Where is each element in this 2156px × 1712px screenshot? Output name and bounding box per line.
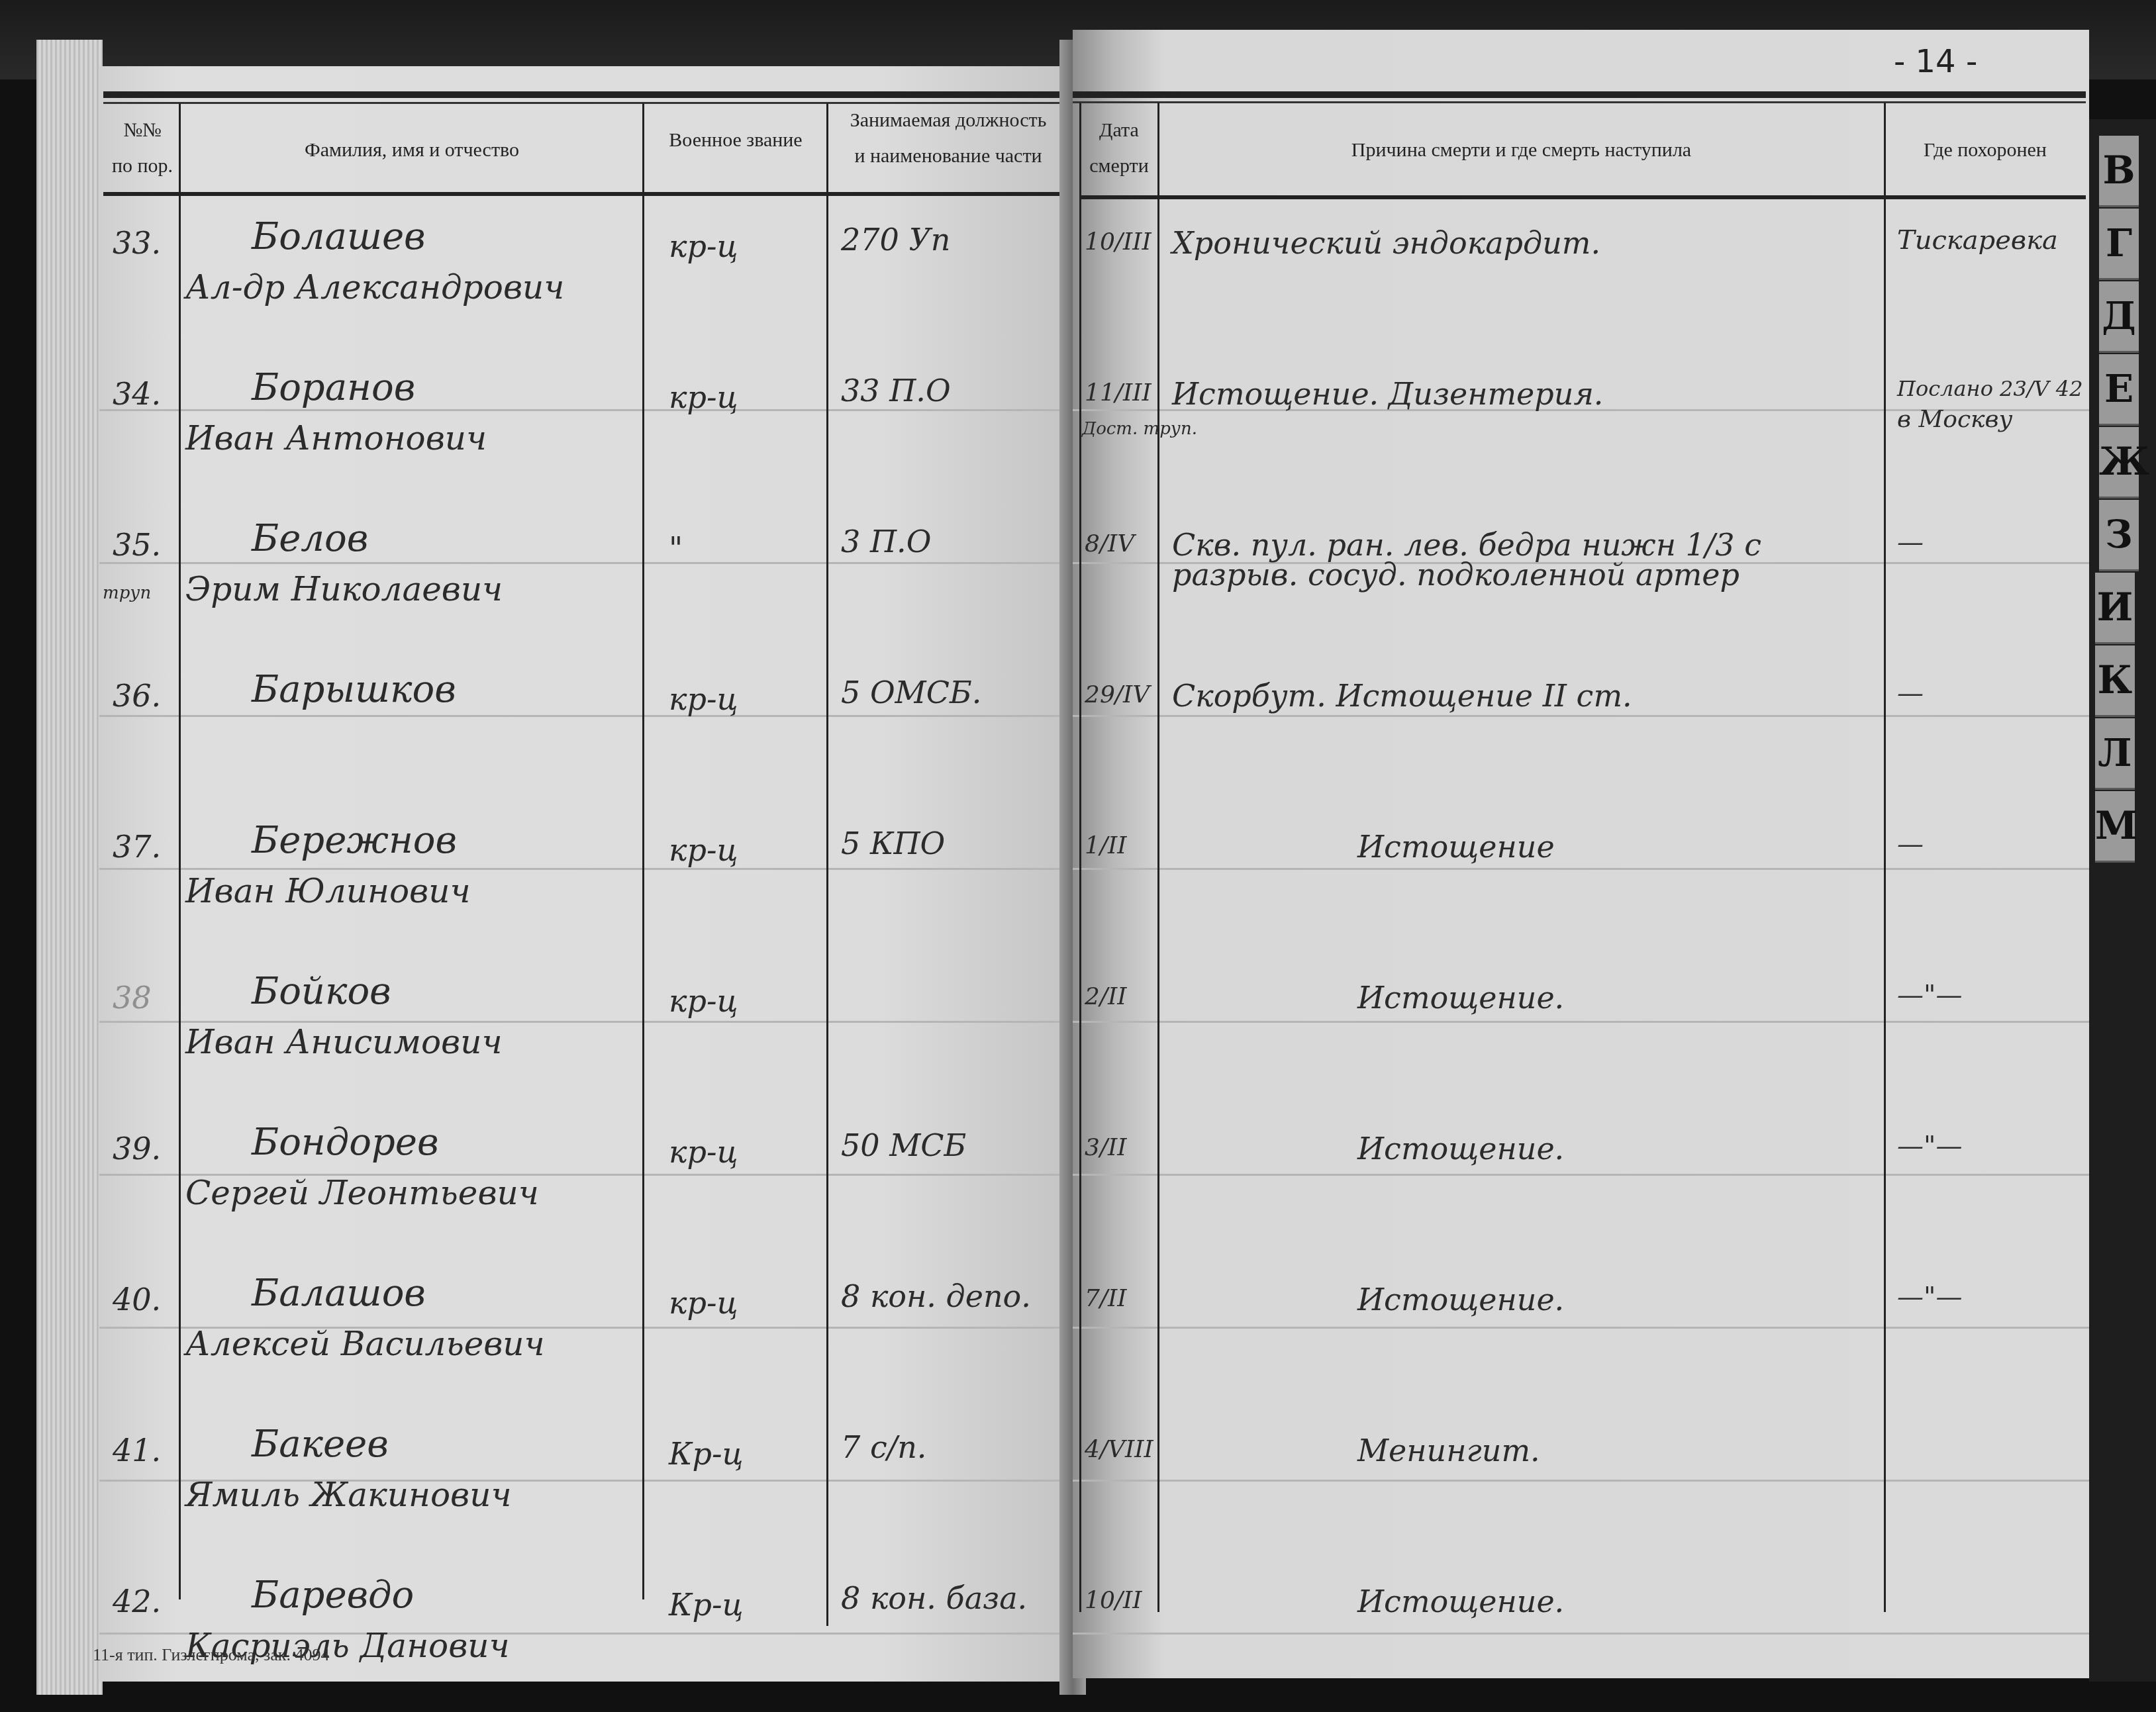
row-number: 37.	[113, 829, 161, 865]
given-name-patronymic: Ал-др Александрович	[185, 268, 564, 307]
military-rank: Кр-ц	[669, 1436, 744, 1472]
right-page: - 14 - Дата смерти Причина смерти и где …	[1073, 30, 2089, 1678]
given-name-patronymic: Иван Антонович	[185, 419, 487, 457]
row-number: 38	[113, 980, 152, 1016]
military-rank: кр-ц	[669, 681, 738, 717]
cause-of-death: Менингит.	[1357, 1433, 1540, 1468]
date-of-death: 10/II	[1085, 1587, 1142, 1614]
header-top-thin-rule	[1073, 101, 2086, 103]
given-name-patronymic: Эрим Николаевич	[185, 570, 503, 608]
burial-place-line2: в Москву	[1897, 406, 2012, 433]
burial-place: Тискаревка	[1897, 225, 2058, 256]
military-rank: кр-ц	[669, 983, 738, 1019]
burial-place: Послано 23/V 42	[1897, 376, 2083, 401]
unit-position: 270 Уп	[841, 222, 950, 258]
index-tab[interactable]: Д	[2099, 281, 2139, 353]
col-divider-3	[826, 103, 828, 1626]
surname: Боранов	[252, 366, 415, 409]
burial-place: —	[1897, 829, 1924, 859]
header-date-line2: смерти	[1081, 148, 1157, 184]
given-name-patronymic: Алексей Васильевич	[185, 1325, 545, 1363]
unit-position: 5 ОМСБ.	[841, 675, 981, 710]
index-tab[interactable]: В	[2099, 136, 2139, 207]
header-number-line1: №№	[106, 113, 179, 148]
right-page-edges	[2089, 119, 2156, 1682]
col-divider-buried	[1884, 103, 1886, 1612]
header-position: Занимаемая должность и наименование част…	[829, 103, 1067, 174]
header-date-line1: Дата	[1081, 113, 1157, 148]
col-divider-2	[642, 103, 644, 1599]
header-top-rule	[103, 91, 1070, 98]
date-of-death: 1/II	[1085, 832, 1126, 859]
unit-position: 50 МСБ	[841, 1127, 966, 1163]
military-rank: кр-ц	[669, 1134, 738, 1170]
surname: Бондорев	[252, 1121, 439, 1164]
row-number: 34.	[113, 376, 161, 412]
cause-of-death-line2: разрыв. сосуд. подколенной артер	[1172, 557, 1739, 593]
cause-of-death: Истощение.	[1357, 980, 1564, 1016]
date-of-death: 29/IV	[1085, 681, 1150, 708]
burial-place: —"—	[1897, 1282, 1962, 1312]
military-rank: кр-ц	[669, 228, 738, 264]
cause-of-death: Скорбут. Истощение II ст.	[1172, 678, 1632, 714]
given-name-patronymic: Сергей Леонтьевич	[185, 1174, 539, 1212]
unit-position: 8 кон. депо.	[841, 1278, 1031, 1314]
col-divider-1	[179, 103, 181, 1599]
row-number-note: труп	[103, 583, 151, 603]
row-number: 40.	[113, 1282, 161, 1317]
row-number: 41.	[113, 1433, 161, 1468]
surname: Бойков	[252, 970, 391, 1013]
unit-position: 8 кон. база.	[841, 1580, 1027, 1616]
unit-position: 7 с/п.	[841, 1429, 926, 1465]
burial-place: —"—	[1897, 1131, 1962, 1161]
row-number: 33.	[113, 225, 161, 261]
header-bottom-rule	[103, 192, 1070, 196]
given-name-patronymic: Ямиль Жакинович	[185, 1476, 511, 1514]
surname: Бережнов	[252, 819, 457, 862]
header-rank: Военное звание	[645, 122, 826, 158]
cause-of-death: Истощение. Дизентерия.	[1172, 376, 1603, 412]
index-tab[interactable]: З	[2099, 500, 2139, 571]
index-tab[interactable]: Л	[2095, 718, 2135, 790]
burial-place: —	[1897, 678, 1924, 708]
burial-place: —	[1897, 527, 1924, 557]
header-top-rule	[1073, 91, 2086, 98]
header-full-name: Фамилия, имя и отчество	[181, 132, 642, 168]
header-number-line2: по пор.	[106, 148, 179, 184]
page-number: - 14 -	[1894, 43, 1977, 80]
header-position-line2: и наименование части	[829, 138, 1067, 174]
ruled-lines	[1073, 258, 2089, 1678]
unit-position: 3 П.О	[841, 524, 931, 559]
burial-place: —"—	[1897, 980, 1962, 1010]
printer-imprint: 11-я тип. Гизлегпрома, зак. 4094	[93, 1645, 329, 1665]
ruled-lines	[99, 258, 1073, 1682]
date-of-death: 2/II	[1085, 983, 1126, 1010]
military-rank: кр-ц	[669, 1285, 738, 1321]
surname: Бакеев	[252, 1423, 389, 1466]
military-rank: "	[669, 530, 683, 566]
given-name-patronymic: Иван Юлинович	[185, 872, 471, 910]
header-position-line1: Занимаемая должность	[829, 103, 1067, 138]
surname: Болашев	[252, 215, 426, 258]
left-page: №№ по пор. Фамилия, имя и отчество Военн…	[99, 66, 1073, 1682]
cause-of-death: Истощение	[1357, 829, 1555, 865]
military-rank: Кр-ц	[669, 1587, 744, 1623]
surname: Балашов	[252, 1272, 426, 1315]
cause-of-death: Истощение.	[1357, 1131, 1564, 1166]
cause-of-death: Истощение.	[1357, 1282, 1564, 1317]
unit-position: 33 П.О	[841, 373, 951, 408]
col-divider-date-right	[1157, 103, 1159, 1612]
surname: Барышков	[252, 668, 456, 711]
military-rank: кр-ц	[669, 379, 738, 415]
surname: Баревдо	[252, 1574, 414, 1617]
index-tab[interactable]: Г	[2099, 209, 2139, 280]
unit-position: 5 КПО	[841, 826, 945, 861]
date-of-death: 4/VIII	[1085, 1436, 1153, 1463]
cause-of-death: Хронический эндокардит.	[1172, 225, 1600, 261]
header-cause: Причина смерти и где смерть наступила	[1159, 132, 1884, 168]
index-tab[interactable]: И	[2095, 573, 2135, 644]
index-tab[interactable]: К	[2095, 645, 2135, 717]
date-of-death: 7/II	[1085, 1285, 1126, 1312]
row-number: 36.	[113, 678, 161, 714]
row-number: 39.	[113, 1131, 161, 1166]
index-tab[interactable]: Ж	[2099, 427, 2139, 499]
date-of-death: 11/III	[1085, 379, 1151, 406]
row-number: 35.	[113, 527, 161, 563]
date-of-death: 8/IV	[1085, 530, 1134, 557]
given-name-patronymic: Иван Анисимович	[185, 1023, 503, 1061]
index-tab[interactable]: М	[2095, 791, 2135, 863]
header-bottom-rule	[1079, 195, 2086, 199]
cause-of-death: Истощение.	[1357, 1584, 1564, 1619]
date-of-death: 3/II	[1085, 1134, 1126, 1161]
row-number: 42.	[113, 1584, 161, 1619]
surname: Белов	[252, 517, 368, 560]
date-of-death: 10/III	[1085, 228, 1151, 256]
header-date: Дата смерти	[1081, 113, 1157, 184]
header-number: №№ по пор.	[106, 113, 179, 184]
left-page-edges	[36, 40, 103, 1695]
header-buried: Где похоронен	[1886, 132, 2084, 168]
col-divider-date-left	[1079, 103, 1081, 1612]
index-tab[interactable]: Е	[2099, 354, 2139, 426]
date-note: Дост. труп.	[1082, 419, 1197, 439]
military-rank: кр-ц	[669, 832, 738, 868]
